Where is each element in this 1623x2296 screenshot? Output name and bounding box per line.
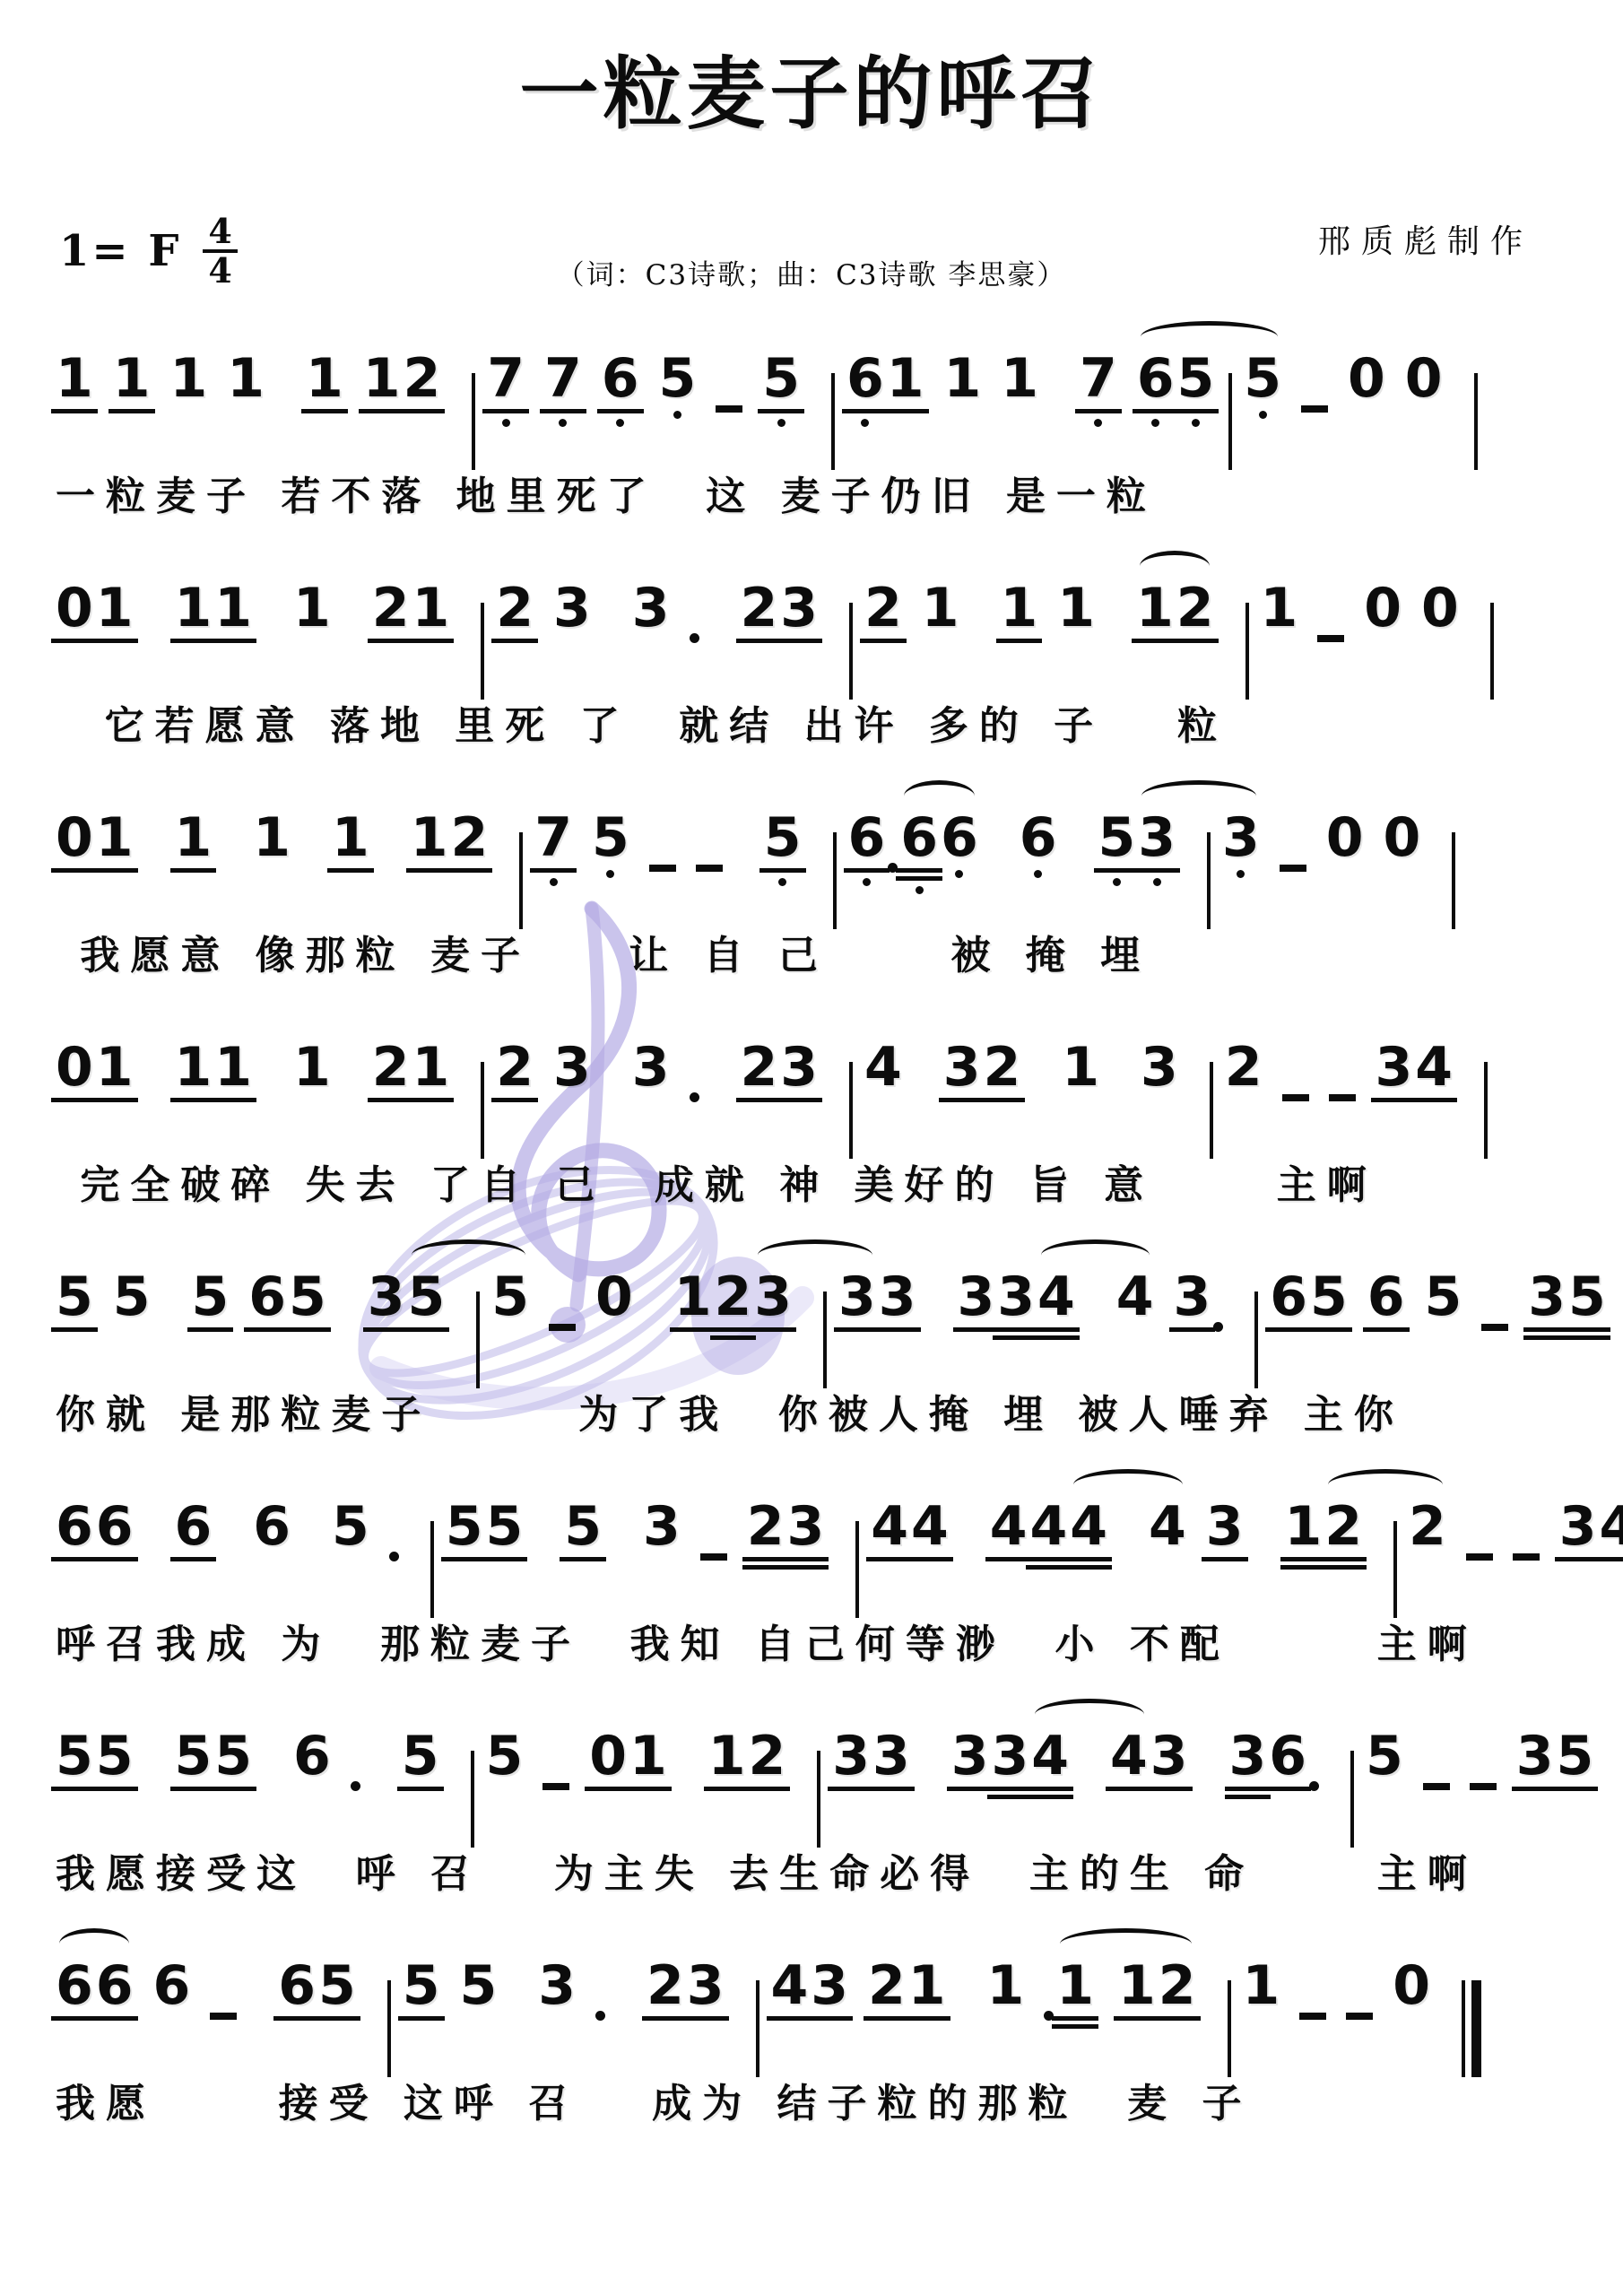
note-digit: 1 [363, 352, 401, 405]
duration-dash [542, 1783, 569, 1790]
note-digit: 2 [372, 1040, 410, 1094]
beam-underline [744, 1787, 791, 1791]
note: 5 [1244, 352, 1281, 419]
note: 2 [1225, 1040, 1263, 1094]
tie-arc [1035, 1699, 1143, 1730]
note: 1 [674, 1270, 712, 1332]
note: 4 [1415, 1040, 1453, 1102]
duration-dash [1470, 1783, 1497, 1790]
note-digit: 5 [1098, 811, 1136, 865]
note-digit: 3 [1376, 1040, 1413, 1094]
music-line: 011112123323211112100 它若愿意 落地 里死 了 就结 出许… [56, 551, 1571, 780]
note-digit: 6 [602, 352, 639, 405]
beam-underline [482, 1557, 528, 1561]
note: 6 [602, 352, 639, 427]
music-line: 01111212332343213234 完全破碎 失去 了自 己 成就 神 美… [56, 1010, 1571, 1239]
note: 5 [408, 1270, 446, 1332]
note: 2 [1409, 1500, 1446, 1553]
beam-underline [1172, 639, 1219, 643]
note-digit: 5 [192, 1270, 230, 1324]
note-digit: 3 [879, 1270, 916, 1324]
note-digit: 2 [1159, 1959, 1196, 2013]
note-digit: 3 [1141, 1040, 1178, 1094]
note: 6 [248, 1270, 286, 1332]
note: 4 [1600, 1500, 1623, 1561]
octave-dot [1094, 419, 1102, 427]
note: 4 [911, 1500, 949, 1561]
beam-underline [759, 868, 806, 873]
note: 1 [1056, 1959, 1094, 2029]
note: 5 [402, 1729, 439, 1791]
note-digit: 4 [911, 1500, 949, 1553]
note: 3 [943, 1040, 981, 1102]
beam-underline [1595, 1557, 1623, 1561]
note: 5 [1366, 1729, 1403, 1783]
note: 2 [868, 1959, 906, 2021]
beam-underline [776, 1098, 822, 1102]
duration-dash [1466, 1553, 1493, 1561]
note: 4 [1110, 1729, 1148, 1791]
note-digit: 6 [175, 1500, 213, 1553]
note-digit: 6 [1137, 352, 1175, 405]
note-digit: 5 [403, 1959, 440, 2013]
notes-row: 55556550112333344336535 [56, 1699, 1571, 1842]
beam-underline [1564, 1335, 1610, 1340]
note-digit: 2 [496, 581, 534, 635]
beam-underline [882, 409, 929, 413]
note-digit: 5 [1425, 1270, 1462, 1324]
lyrics-line: 你就 是那粒麦子 为了我 你被人掩 埋 被人唾弃 主你 [56, 1392, 1571, 1439]
note-digit: 1 [908, 1959, 946, 2013]
barline [1210, 1062, 1213, 1159]
augmentation-dot [1213, 1322, 1223, 1332]
tie-arc [904, 780, 974, 812]
note-digit: 3 [838, 1270, 876, 1324]
beam-underline [301, 409, 348, 413]
octave-dot [1237, 870, 1245, 878]
note: 1 [1062, 1040, 1099, 1094]
octave-dot [559, 419, 567, 427]
note-digit: 2 [647, 1959, 684, 2013]
beam-underline [91, 2016, 138, 2021]
note: 3 [838, 1270, 876, 1332]
note: 6 [1137, 352, 1175, 427]
note-digit: 3 [553, 581, 591, 635]
note: 1 [175, 811, 213, 873]
note-digit: 2 [741, 581, 778, 635]
note-digit: 2 [496, 1040, 534, 1094]
duration-dash [1423, 1783, 1450, 1790]
note: 5 [446, 1500, 483, 1561]
note-digit: 1 [987, 1959, 1025, 2013]
note: 6 [1367, 1270, 1405, 1332]
note-digit: 5 [113, 1270, 151, 1324]
beam-underline [187, 1327, 234, 1332]
note-digit: 3 [943, 1040, 981, 1094]
note: 6 [56, 1959, 93, 2021]
beam-underline [874, 1327, 921, 1332]
note-digit: 0 [1384, 811, 1421, 865]
beam-underline [625, 1787, 672, 1791]
final-barline-thin [1462, 1980, 1465, 2077]
note-digit: 5 [764, 811, 802, 865]
note: 3 [780, 1040, 818, 1102]
note-digit: 5 [564, 1500, 602, 1553]
music-line: 55556550112333344336535我愿接受这 呼 召 为主失 去生命… [56, 1699, 1571, 1928]
note: 7 [487, 352, 525, 427]
note-digit: 3 [1516, 1729, 1554, 1783]
beam-underline [1202, 1557, 1248, 1561]
note-digit: 6 [1020, 811, 1057, 865]
lyrics-line: 我愿意 像那粒 麦子 让 自 己 被 掩 埋 [56, 933, 1571, 979]
note: 1 [306, 352, 343, 413]
note: 5 [762, 352, 800, 427]
note: 3 [992, 1729, 1029, 1799]
note: 1 [987, 1959, 1025, 2013]
augmentation-dot [690, 633, 699, 643]
note: 5 [592, 811, 629, 878]
note: 6 [293, 1729, 331, 1783]
note-digit: 7 [1080, 352, 1117, 405]
note: 3 [1559, 1500, 1597, 1561]
beam-underline [447, 868, 493, 873]
note-digit: 5 [408, 1270, 446, 1324]
note: 6 [253, 1500, 291, 1553]
note: 1 [1243, 1959, 1280, 2013]
note: 3 [1528, 1270, 1566, 1340]
note-digit: 6 [848, 811, 886, 865]
note: 5 [491, 1270, 529, 1324]
note: 4 [864, 1040, 902, 1094]
note: 1 [922, 581, 959, 635]
note: 1 [214, 581, 252, 643]
note: 2 [1324, 1500, 1362, 1570]
beam-underline [540, 409, 586, 413]
barline [519, 832, 523, 929]
note-digit: 5 [460, 1959, 498, 2013]
note-digit: 3 [368, 1270, 405, 1324]
octave-dot [1192, 419, 1200, 427]
beam-underline [284, 1327, 331, 1332]
note: 6 [1269, 1729, 1306, 1791]
note-digit: 3 [832, 1729, 870, 1783]
octave-dot [550, 878, 558, 886]
note-digit: 3 [754, 1270, 792, 1324]
beam-underline [1552, 1787, 1599, 1791]
beam-underline [408, 639, 455, 643]
note: 1 [332, 811, 369, 873]
note-digit: 3 [1222, 811, 1260, 865]
beam-underline [1169, 1327, 1216, 1332]
barline [1228, 1980, 1231, 2077]
note-digit: 4 [1030, 1500, 1068, 1553]
note-digit: 6 [1270, 1270, 1307, 1324]
lyrics-line: 完全破碎 失去 了自 己 成就 神 美好的 旨 意 主啊 [56, 1162, 1571, 1209]
note: 1 [887, 352, 924, 413]
note: 3 [872, 1729, 910, 1791]
beam-underline [868, 1787, 915, 1791]
note-digit: 1 [887, 352, 924, 405]
note: 1 [708, 1729, 746, 1791]
beam-underline [210, 1787, 256, 1791]
note: 3 [687, 1959, 725, 2021]
beam-underline [907, 1557, 953, 1561]
note: 1 [363, 352, 401, 413]
note: 5 [96, 1729, 134, 1791]
note: 1 [1001, 581, 1038, 643]
note: 5 [1568, 1270, 1606, 1340]
augmentation-dot [690, 1092, 699, 1102]
note-digit: 1 [175, 811, 213, 865]
note-digit: 5 [96, 1729, 134, 1783]
note: 0 [1405, 352, 1443, 405]
note-digit: 2 [372, 581, 410, 635]
note-digit: 3 [687, 1959, 725, 2013]
note: 2 [1159, 1959, 1196, 2021]
beam-underline [482, 409, 529, 413]
beam-underline [1320, 1557, 1367, 1561]
note-digit: 3 [787, 1500, 825, 1553]
beam-underline [1065, 1557, 1112, 1561]
beam-underline [408, 1098, 455, 1102]
note: 5 [1310, 1270, 1348, 1332]
song-title: 一粒麦子的呼召 [0, 47, 1623, 142]
barline [831, 373, 835, 470]
note: 2 [404, 352, 441, 413]
note-digit: 3 [538, 1959, 576, 2013]
octave-dot [863, 878, 871, 886]
note-digit: 7 [534, 811, 572, 865]
note-digit: 1 [1001, 581, 1038, 635]
note: 3 [632, 581, 670, 635]
note-digit: 3 [1150, 1729, 1188, 1783]
lyrics-line: 我愿接受这 呼 召 为主失 去生命必得 主的生 命 主啊 [56, 1851, 1571, 1898]
note-digit: 1 [170, 352, 208, 405]
note-digit: 5 [446, 1500, 483, 1553]
note-digit: 0 [1405, 352, 1443, 405]
beam-underline [530, 868, 577, 873]
beam-underline [776, 639, 822, 643]
note-digit: 1 [227, 352, 265, 405]
note: 0 [1348, 352, 1385, 405]
note: 1 [412, 581, 450, 643]
note: 3 [1229, 1729, 1267, 1799]
note: 2 [984, 1040, 1021, 1102]
notes-row: 66665555323444444312234 [56, 1469, 1571, 1613]
note: 1 [944, 352, 982, 405]
note-digit: 2 [747, 1500, 785, 1553]
beam-underline [91, 1557, 138, 1561]
note: 0 [56, 1040, 93, 1102]
note: 4 [1149, 1500, 1186, 1553]
notes-row: 1111112776556111765500 [56, 321, 1571, 465]
note: 4 [1030, 1500, 1068, 1570]
tie-arc [1141, 780, 1255, 812]
score-lines: 1111112776556111765500一粒麦子 若不落 地里死了 这 麦子… [56, 321, 1571, 2158]
note-digit: 3 [780, 1040, 818, 1094]
note-digit: 2 [1225, 1040, 1263, 1094]
barline [476, 1291, 480, 1388]
octave-dot [955, 870, 963, 878]
beam-underline [91, 1787, 138, 1791]
note: 3 [811, 1959, 848, 2021]
beam-underline [491, 639, 538, 643]
note-digit: 1 [96, 811, 134, 865]
note-digit: 2 [1324, 1500, 1362, 1553]
time-signature-numerator: 4 [203, 213, 237, 249]
note-digit: 0 [56, 581, 93, 635]
octave-dot [502, 419, 510, 427]
note-digit: 1 [1057, 581, 1095, 635]
barline [1245, 603, 1249, 700]
final-barline [1462, 1980, 1481, 2077]
note: 3 [553, 581, 591, 635]
note-digit: 1 [1118, 1959, 1156, 2013]
beam-underline [1363, 1327, 1410, 1332]
note: 2 [496, 581, 534, 643]
note: 2 [864, 581, 902, 643]
beam-underline [210, 1098, 256, 1102]
barline [481, 603, 484, 700]
tie-arc [1073, 1469, 1182, 1500]
note: 3 [1150, 1729, 1188, 1791]
beam-underline [170, 1557, 217, 1561]
note: 3 [754, 1270, 792, 1332]
note: 1 [96, 1040, 134, 1102]
note: 2 [741, 1040, 778, 1102]
note: 3 [553, 1040, 591, 1094]
note-digit: 0 [1393, 1959, 1430, 2013]
note-digit: 4 [990, 1500, 1028, 1553]
note-digit: 3 [1229, 1729, 1267, 1783]
note: 2 [372, 581, 410, 643]
note-digit: 0 [1348, 352, 1385, 405]
note: 4 [1116, 1270, 1154, 1324]
note-digit: 6 [56, 1959, 93, 2013]
beam-underline [398, 2016, 445, 2021]
note-digit: 5 [592, 811, 629, 865]
note-digit: 4 [1149, 1500, 1186, 1553]
beam-underline [750, 1327, 796, 1332]
note: 0 [1326, 811, 1364, 865]
note: 0 [56, 581, 93, 643]
note: 3 [1222, 811, 1260, 878]
beam-underline [1146, 1787, 1193, 1791]
note-digit: 1 [944, 352, 982, 405]
beam-underline [1065, 1565, 1112, 1570]
note: 3 [1376, 1040, 1413, 1102]
note-digit: 1 [922, 581, 959, 635]
barline [1254, 1291, 1258, 1388]
barline [472, 373, 475, 470]
note: 2 [1176, 581, 1214, 643]
note: 5 [214, 1729, 252, 1791]
barline [817, 1751, 820, 1848]
note-digit: 5 [491, 1270, 529, 1324]
note: 3 [951, 1729, 989, 1791]
note: 1 [113, 352, 151, 413]
beam-underline [1173, 409, 1219, 413]
note: 1 [293, 1040, 331, 1094]
final-barline-thick [1471, 1980, 1481, 2077]
beam-underline [1306, 1327, 1352, 1332]
beam-underline [979, 1098, 1026, 1102]
duration-dash [1346, 2013, 1373, 2020]
note: 5 [659, 352, 697, 419]
note-digit: 2 [984, 1040, 1021, 1094]
note-digit: 1 [674, 1270, 712, 1324]
beam-underline [758, 409, 804, 413]
note-digit: 3 [997, 1270, 1035, 1324]
beam-underline [91, 868, 138, 873]
note: 2 [647, 1959, 684, 2021]
beam-underline [91, 639, 138, 643]
note: 5 [318, 1959, 356, 2021]
note: 3 [879, 1270, 916, 1332]
note: 1 [1001, 352, 1038, 405]
beam-underline [1133, 868, 1180, 873]
note-digit: 1 [113, 352, 151, 405]
note: 2 [747, 1500, 785, 1570]
barline [849, 1062, 853, 1159]
note: 1 [293, 581, 331, 635]
augmentation-dot [1309, 1781, 1319, 1791]
lyrics-line: 呼召我成 为 那粒麦子 我知 自己何等渺 小 不配 主啊 [56, 1622, 1571, 1668]
beam-underline [783, 1557, 829, 1561]
note-digit: 5 [1557, 1729, 1594, 1783]
note-digit: 1 [293, 1040, 331, 1094]
notes-row: 66665553234321111210 [56, 1928, 1571, 2072]
barline [1228, 373, 1232, 470]
augmentation-dot [595, 2011, 605, 2021]
note-digit: 4 [1110, 1729, 1148, 1783]
note-digit: 1 [214, 1040, 252, 1094]
octave-dot [673, 411, 681, 419]
barline [849, 603, 853, 700]
note-digit: 3 [632, 581, 670, 635]
duration-dash [1481, 1324, 1508, 1331]
note-digit: 7 [544, 352, 582, 405]
note-digit: 0 [1326, 811, 1364, 865]
credits: （词：C3诗歌；曲：C3诗歌 李思豪） [0, 262, 1623, 290]
note: 1 [908, 1959, 946, 2021]
music-line: 66665553234321111210我愿 接受 这呼 召 成为 结子粒的那粒… [56, 1928, 1571, 2158]
note-digit: 1 [96, 581, 134, 635]
beam-underline [314, 2016, 360, 2021]
beam-underline [1410, 1098, 1457, 1102]
note: 5 [289, 1270, 326, 1332]
beam-underline [1564, 1327, 1610, 1332]
note: 2 [715, 1270, 752, 1340]
beam-underline [91, 1098, 138, 1102]
note-digit: 1 [175, 1040, 213, 1094]
beam-underline [1033, 1327, 1080, 1332]
note: 1 [1118, 1959, 1156, 2021]
note-digit: 6 [1269, 1729, 1306, 1783]
augmentation-dot [389, 1552, 399, 1561]
note: 5 [1557, 1729, 1594, 1791]
note-digit: 4 [1116, 1270, 1154, 1324]
duration-dash [210, 2013, 237, 2020]
beam-underline [1052, 2024, 1098, 2029]
octave-dot [916, 886, 924, 894]
note-digit: 6 [153, 1959, 191, 2013]
note-digit: 5 [1244, 352, 1281, 405]
note: 5 [332, 1500, 369, 1553]
note-digit: 3 [1174, 1270, 1211, 1324]
barline [481, 1062, 484, 1159]
barline [1393, 1521, 1397, 1618]
